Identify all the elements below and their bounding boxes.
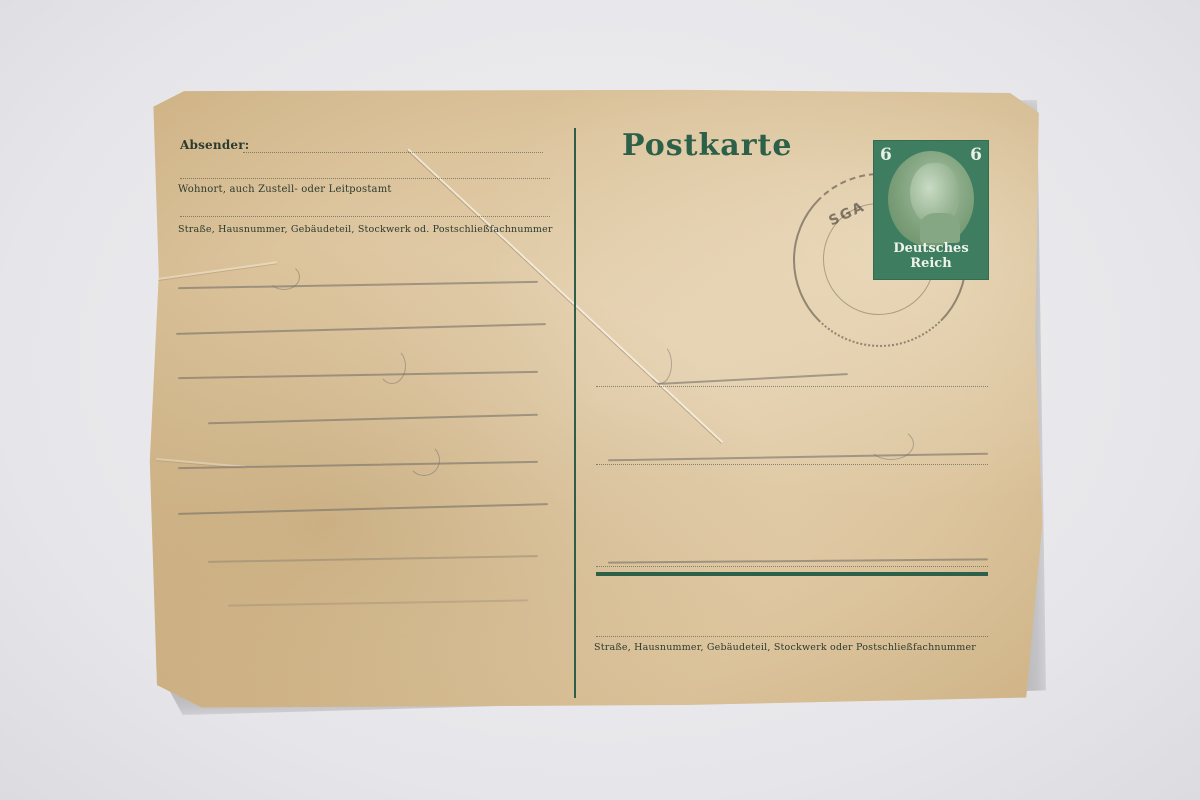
recipient-street-label: Straße, Hausnummer, Gebäudeteil, Stockwe… — [594, 642, 976, 653]
handwriting-line — [208, 414, 538, 424]
handwriting-loop — [268, 264, 300, 290]
handwriting-line — [176, 323, 546, 334]
handwriting-loop — [378, 348, 406, 384]
handwriting-loop — [868, 428, 914, 460]
handwriting-recipient-2 — [608, 453, 988, 461]
stamp-value-left: 6 — [880, 145, 892, 165]
postage-stamp: 6 6 Deutsches Reich — [873, 140, 989, 280]
sender-line-3 — [180, 216, 550, 217]
handwriting-line — [208, 555, 538, 562]
recipient-line-2 — [596, 464, 988, 465]
diagonal-crease — [407, 148, 723, 443]
left-crease — [158, 261, 277, 280]
postcard-title: Postkarte — [622, 128, 792, 163]
handwriting-line — [178, 503, 548, 514]
center-divider — [574, 128, 576, 698]
handwriting-loop — [408, 444, 440, 476]
recipient-line-3 — [596, 566, 988, 567]
stamp-value-right: 6 — [970, 145, 982, 165]
recipient-line-1 — [596, 386, 988, 387]
recipient-line-4 — [596, 636, 988, 637]
sender-street-label: Straße, Hausnummer, Gebäudeteil, Stockwe… — [178, 224, 553, 235]
portrait-medallion — [888, 151, 974, 247]
handwriting-line — [228, 599, 528, 606]
stamp-country: Deutsches Reich — [874, 241, 988, 271]
postcard: Absender: Wohnort, auch Zustell- oder Le… — [148, 88, 1046, 710]
handwriting-recipient-1 — [658, 373, 848, 384]
sender-line-1 — [243, 152, 543, 153]
handwriting-recipient-3 — [608, 558, 988, 563]
portrait-neck — [920, 213, 960, 243]
sender-line-2 — [180, 178, 550, 179]
handwriting-loop — [648, 344, 672, 384]
city-underline — [596, 572, 988, 576]
sender-residence-label: Wohnort, auch Zustell- oder Leitpostamt — [178, 184, 392, 195]
handwriting-line — [178, 371, 538, 379]
sender-label: Absender: — [180, 138, 249, 152]
handwriting-line — [178, 281, 538, 289]
